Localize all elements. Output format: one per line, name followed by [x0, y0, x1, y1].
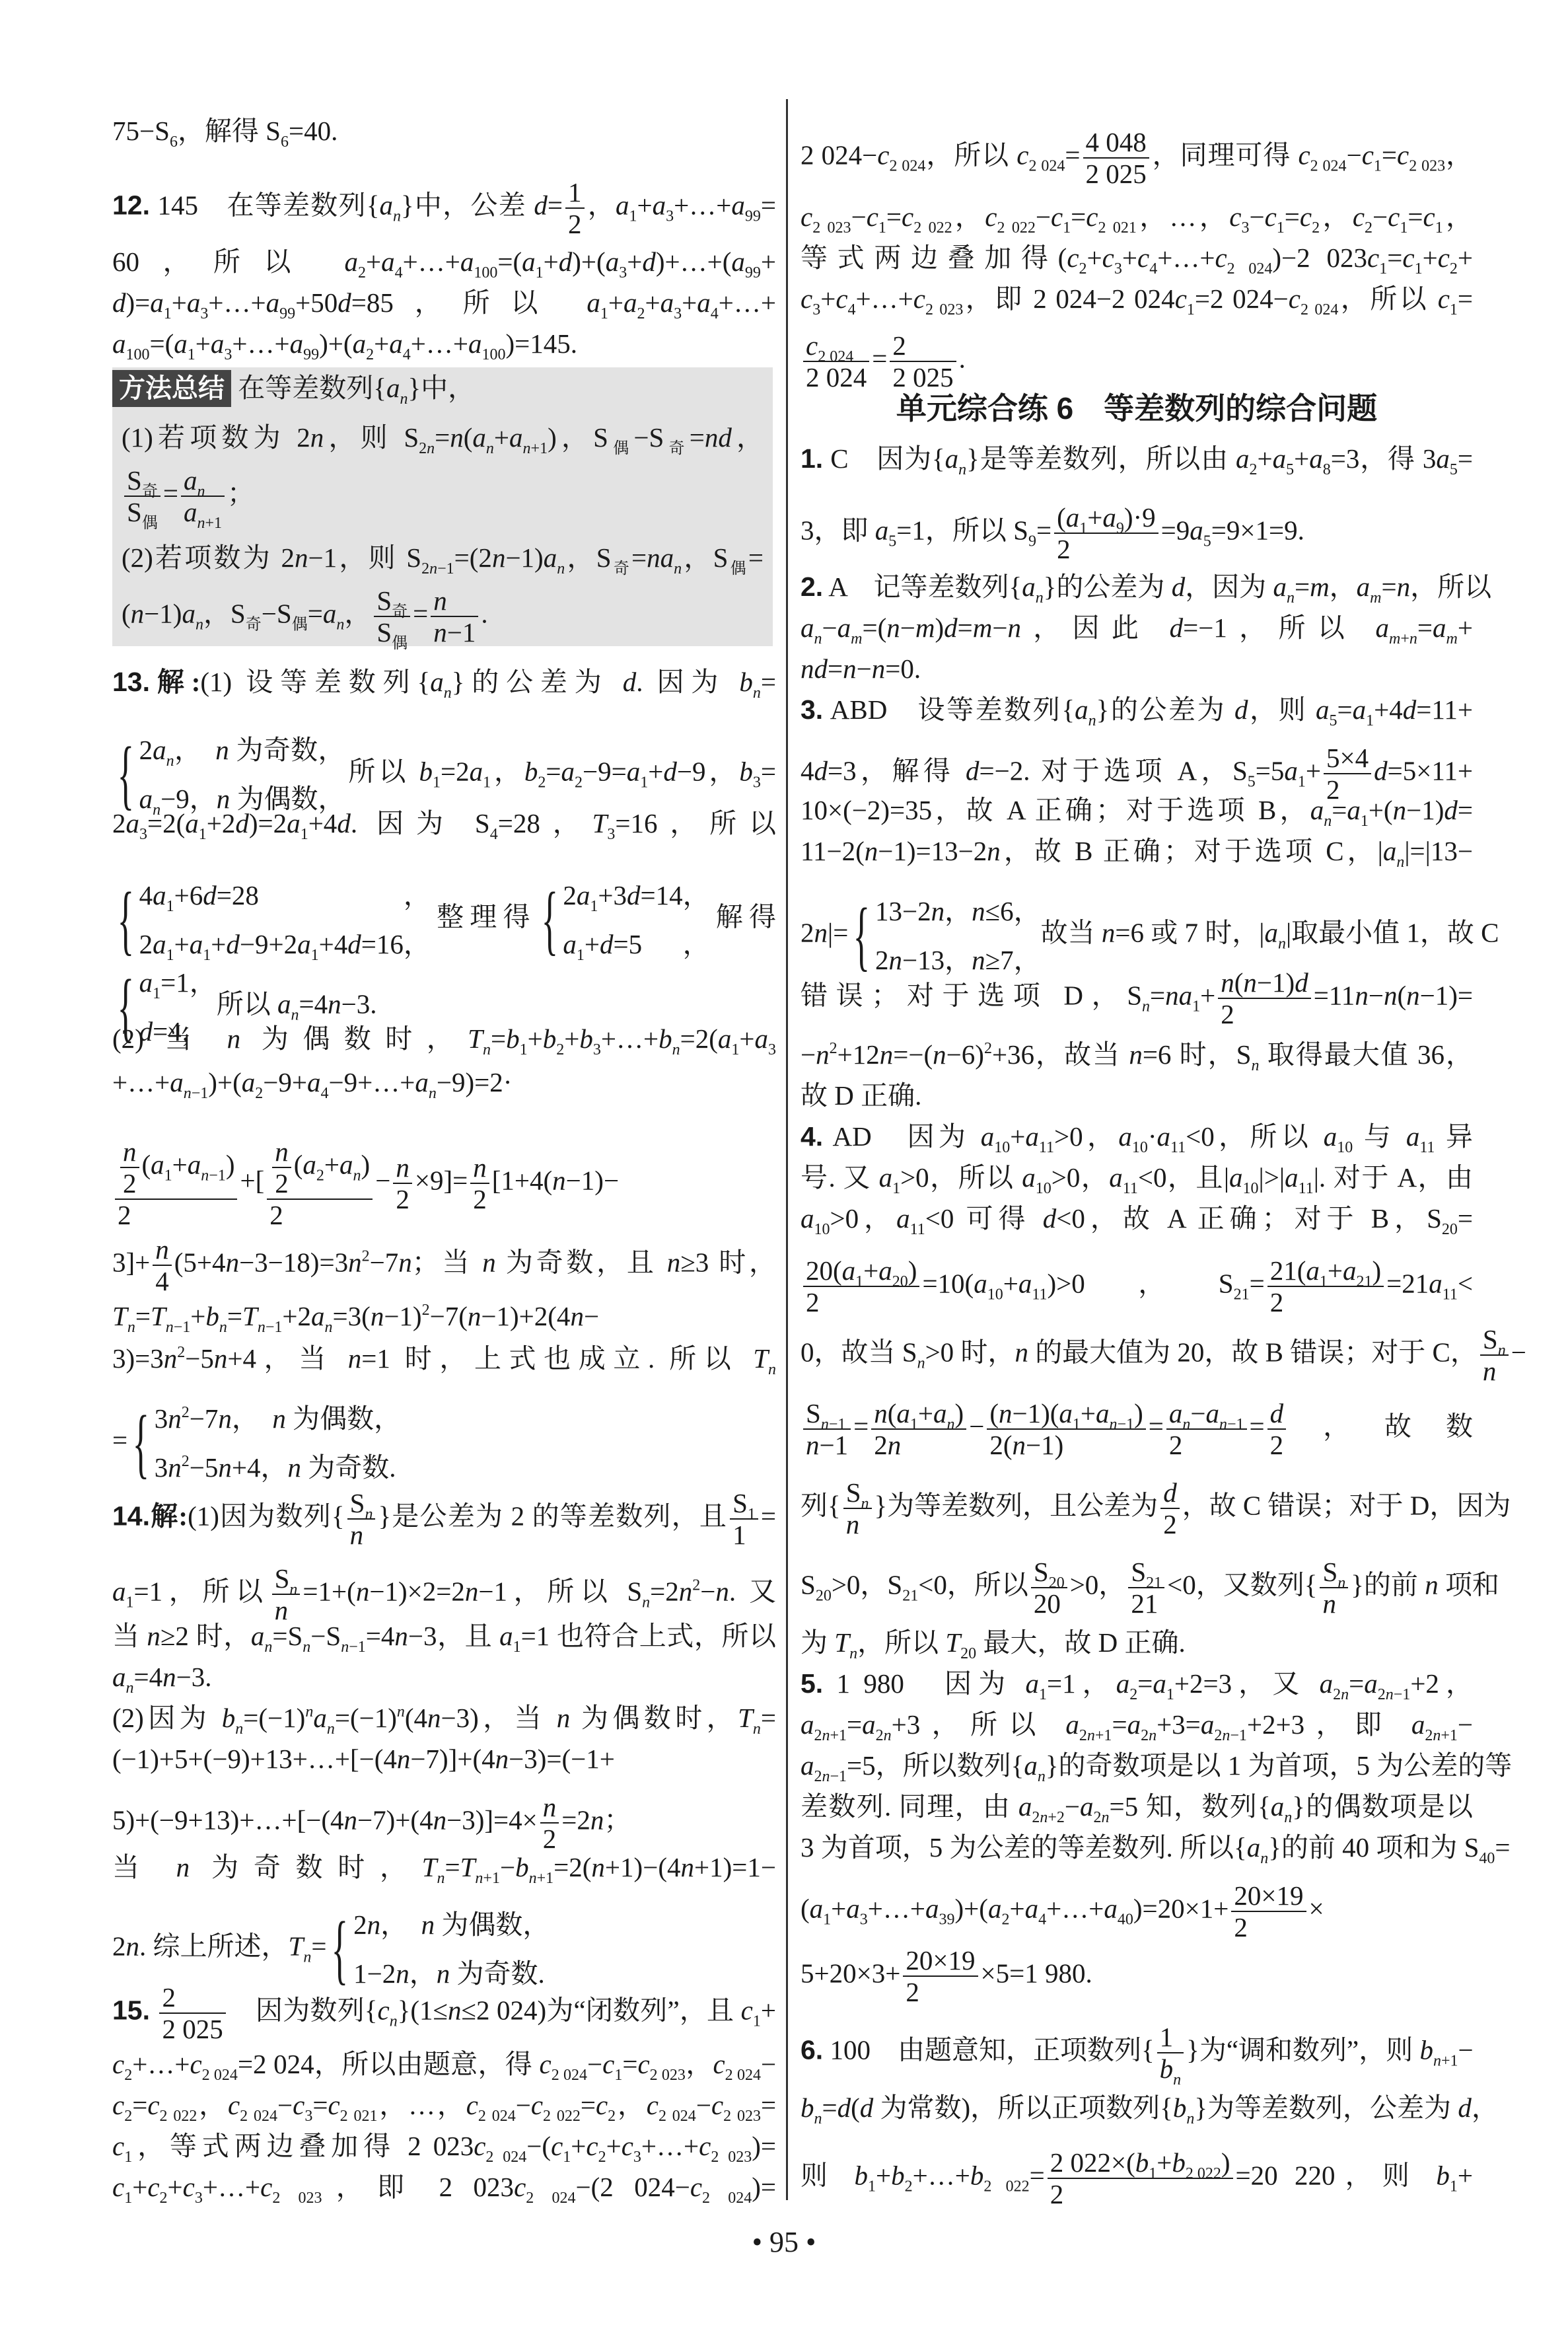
question-number: 12.	[112, 190, 150, 220]
r-q1-line-2: 3，即 a5=1，所以 S9=(a1+a9)·92=9a5=9×1=9.	[801, 502, 1473, 564]
q15-line-1: 15. 22 025 因为数列{cn}(1≤n≤2 024)为“闭数列”，且 c…	[112, 1982, 776, 2044]
question-number: 6.	[801, 2034, 823, 2065]
summary-line-3: (2)若项数为 2n−1，则 S2n−1=(2n−1)an，S奇=nan，S偶=	[122, 540, 764, 575]
q12-line-2: 60，所以 a2+a4+…+a100=(a1+d)+(a3+d)+…+(a99+	[112, 244, 776, 279]
q13-line-4: {4a1+6d=28，2a1+a1+d−9+2a1+4d=16，整理得{2a1+…	[112, 871, 776, 969]
answer: AD	[833, 1121, 872, 1152]
q13-line-3: 2a3=2(a1+2d)=2a1+4d. 因为 S4=28，T3=16，所以	[112, 806, 776, 840]
q14-line-8: 当 n 为奇数时，Tn=Tn+1−bn+1=2(n+1)−(4n+1)=1−	[112, 1850, 776, 1884]
r-q4-line-9: 为 Tn，所以 T20 最大，故 D 正确.	[801, 1625, 1473, 1660]
q15-cont-line-2: c2 023−c1=c2 022，c2 022−c1=c2 021，…，c3−c…	[801, 200, 1473, 234]
summary-line-2: S奇S偶=anan+1；	[122, 465, 773, 527]
question-number: 3.	[801, 694, 823, 725]
q15-line-3: c2=c2 022，c2 024−c3=c2 021，…，c2 024−c2 0…	[112, 2088, 776, 2122]
q15-line-2: c2+…+c2 024=2 024，所以由题意，得 c2 024−c1=c2 0…	[112, 2047, 776, 2081]
r-q4-line-8: S20>0，S21<0，所以S2020>0，S2121<0，又数列{Snn}的前…	[801, 1557, 1473, 1619]
solution-label: 解:	[150, 667, 200, 697]
r-q3-line-8: 故 D 正确.	[801, 1078, 1473, 1113]
page-number: • 95 •	[0, 2225, 1568, 2259]
question-number: 1.	[801, 443, 823, 474]
question-number: 2.	[801, 572, 823, 602]
q12-line-1: 12. 145 在等差数列{an}中，公差 d=12，a1+a3+…+a99=	[112, 177, 776, 239]
r-q5-line-3: a2n−1=5，所以数列{an}的奇数项是以 1 为首项，5 为公差的等	[801, 1748, 1473, 1783]
r-q3-line-7: −n2+12n=−(n−6)2+36，故当 n=6 时，Sn 取得最大值 36，	[801, 1037, 1473, 1072]
answer: 100	[830, 2034, 871, 2065]
r-q4-line-2: 号. 又 a1>0，所以 a10>0，a11<0，且|a10|>|a11|. 对…	[801, 1160, 1473, 1195]
r-q4-line-4: 20(a1+a20)2=10(a10+a11)>0，S21=21(a1+a21)…	[801, 1255, 1473, 1317]
q15-cont-line-1: 2 024−c2 024，所以 c2 024=4 0482 025，同理可得 c…	[801, 127, 1473, 189]
q13-line-9: 3]+n4(5+4n−3−18)=3n2−7n；当 n 为奇数，且 n≥3 时，	[112, 1234, 776, 1296]
q13-line-7: +…+an−1)+(a2−9+a4−9+…+an−9)=2·	[112, 1065, 776, 1099]
q13-line-1: 13.解:(1) 设等差数列{an}的公差为 d. 因为 bn=	[112, 665, 776, 699]
r-q3-line-1: 3. ABD 设等差数列{an}的公差为 d，则 a5=a1+4d=11+	[801, 692, 1473, 727]
question-number: 14.	[112, 1500, 150, 1531]
q13-line-6: (2) 当 n 为偶数时，Tn=b1+b2+b3+…+bn=2(a1+a3	[112, 1021, 776, 1056]
r-q3-line-4: 11−2(n−1)=13−2n，故 B 正确；对于选项 C，|an|=|13−	[801, 834, 1473, 868]
q13-line-11: 3)=3n2−5n+4，当 n=1 时，上式也成立. 所以 Tn	[112, 1341, 776, 1376]
r-q6-line-3: 则 b1+b2+…+b2 022=2 022×(b1+b2 022)2=20 2…	[801, 2147, 1473, 2209]
column-divider	[786, 99, 788, 2200]
r-q3-line-6: 错误；对于选项 D，Sn=na1+n(n−1)d2=11n−n(n−1)=	[801, 967, 1473, 1029]
solution-label: 解:	[150, 1500, 188, 1531]
method-summary-box: 方法总结 在等差数列{an}中， (1)若项数为 2n，则 S2n=n(an+a…	[112, 367, 773, 646]
r-q5-line-7: 5+20×3+20×192×5=1 980.	[801, 1945, 1473, 2007]
answer: 145	[158, 190, 199, 220]
summary-line-1: (1)若项数为 2n，则 S2n=n(an+an+1)，S偶−S奇=nd，	[122, 420, 764, 455]
q13-line-12: ={3n2−7n， n 为偶数，3n2−5n+4，n 为奇数.	[112, 1394, 776, 1492]
question-number: 4.	[801, 1121, 823, 1152]
r-q6-line-1: 6. 100 由题意知，正项数列{1bn}为“调和数列”，则 bn+1−	[801, 2022, 1473, 2084]
r-q4-line-6: Sn−1n−1=n(a1+an)2n−(n−1)(a1+an−1)2(n−1)=…	[801, 1398, 1473, 1460]
r-q4-line-7: 列{Snn}为等差数列，且公差为d2，故 C 错误；对于 D，因为	[801, 1477, 1473, 1539]
r-q2-line-3: nd=n−n=0.	[801, 651, 1473, 686]
r-q2-line-2: an−am=(n−m)d=m−n，因此 d=−1，所以 am+n=am+	[801, 610, 1473, 645]
question-number: 5.	[801, 1668, 823, 1699]
answer: C	[830, 443, 848, 474]
section-title: 单元综合练 6 等差数列的综合问题	[801, 391, 1473, 425]
r-q5-line-6: (a1+a3+…+a39)+(a2+a4+…+a40)=20×1+20×192×	[801, 1880, 1473, 1942]
r-q5-line-1: 5. 1 980 因为 a1=1，a2=a1+2=3，又 a2n=a2n−1+2…	[801, 1666, 1473, 1701]
q15-line-4: c1，等式两边叠加得 2 023c2 024−(c1+c2+c3+…+c2 02…	[112, 2129, 776, 2163]
r-q4-line-3: a10>0，a11<0 可得 d<0，故 A 正确；对于 B，S20=	[801, 1201, 1473, 1236]
q14-line-5: (2)因为 bn=(−1)nan=(−1)n(4n−3)，当 n 为偶数时，Tn…	[112, 1701, 776, 1735]
q14-line-1: 14.解:(1)因为数列{Snn}是公差为 2 的等差数列，且S11=	[112, 1488, 776, 1550]
r-q5-line-4: 差数列. 同理，由 a2n+2−a2n=5 知，数列{an}的偶数项是以	[801, 1789, 1473, 1824]
q12-line-4: a100=(a1+a3+…+a99)+(a2+a4+…+a100)=145.	[112, 326, 776, 361]
question-number: 13.	[112, 667, 150, 697]
summary-line-4: (n−1)an，S奇−S偶=an，S奇S偶=nn−1.	[122, 585, 773, 647]
q14-line-6: (−1)+5+(−9)+13+…+[−(4n−7)]+(4n−3)=(−1+	[112, 1742, 776, 1776]
q14-line-7: 5)+(−9+13)+…+[−(4n−7)+(4n−3)]=4×n2=2n；	[112, 1792, 776, 1854]
q13-line-10: Tn=Tn−1+bn=Tn−1+2an=3(n−1)2−7(n−1)+2(4n−	[112, 1299, 776, 1333]
q14-line-2: a1=1，所以Snn=1+(n−1)×2=2n−1，所以 Sn=2n2−n. 又	[112, 1563, 776, 1625]
q15-cont-line-5: c2 0242 024=22 025.	[801, 330, 1473, 392]
r-q3-line-3: 10×(−2)=35，故 A 正确；对于选项 B，an=a1+(n−1)d=	[801, 793, 1473, 827]
q11-tail: 75−S6，解得 S6=40.	[112, 114, 776, 148]
q15-line-5: c1+c2+c3+…+c2 023，即 2 023c2 024−(2 024−c…	[112, 2170, 776, 2204]
q14-line-3: 当 n≥2 时，an=Sn−Sn−1=4n−3，且 a1=1 也符合上式，所以	[112, 1619, 776, 1653]
r-q2-line-1: 2. A 记等差数列{an}的公差为 d，因为 an=m，am=n，所以	[801, 570, 1473, 604]
r-q4-line-1: 4. AD 因为 a10+a11>0，a10·a11<0，所以 a10 与 a1…	[801, 1119, 1473, 1154]
r-q5-line-5: 3 为首项，5 为公差的等差数列. 所以{an}的前 40 项和为 S40=	[801, 1830, 1473, 1864]
q14-line-4: an=4n−3.	[112, 1660, 776, 1694]
question-number: 15.	[112, 1995, 150, 2025]
summary-intro: 方法总结 在等差数列{an}中，	[112, 370, 773, 407]
r-q6-line-2: bn=d(d 为常数)，所以正项数列{bn}为等差数列，公差为 d，	[801, 2090, 1473, 2125]
q15-cont-line-4: c3+c4+…+c2 023，即 2 024−2 024c1=2 024−c2 …	[801, 281, 1473, 316]
answer: 1 980	[837, 1668, 904, 1699]
r-q1-line-1: 1. C 因为{an}是等差数列，所以由 a2+a5+a8=3，得 3a5=	[801, 441, 1473, 476]
q12-line-3: d)=a1+a3+…+a99+50d=85，所以 a1+a2+a3+a4+…+	[112, 285, 776, 320]
q15-cont-line-3: 等式两边叠加得(c2+c3+c4+…+c2 024)−2 023c1=c1+c2…	[801, 240, 1473, 275]
answer: ABD	[830, 694, 888, 725]
r-q4-line-5: 0，故当 Sn>0 时，n 的最大值为 20，故 B 错误；对于 C，Snn−	[801, 1324, 1473, 1386]
r-q5-line-2: a2n+1=a2n+3，所以 a2n+1=a2n+3=a2n−1+2+3，即 a…	[801, 1707, 1473, 1742]
q13-line-8: n2(a1+an−1)2+[n2(a2+an)2−n2×9]=n2[1+4(n−…	[112, 1136, 776, 1230]
summary-tag: 方法总结	[112, 370, 231, 407]
answer: A	[828, 572, 846, 602]
